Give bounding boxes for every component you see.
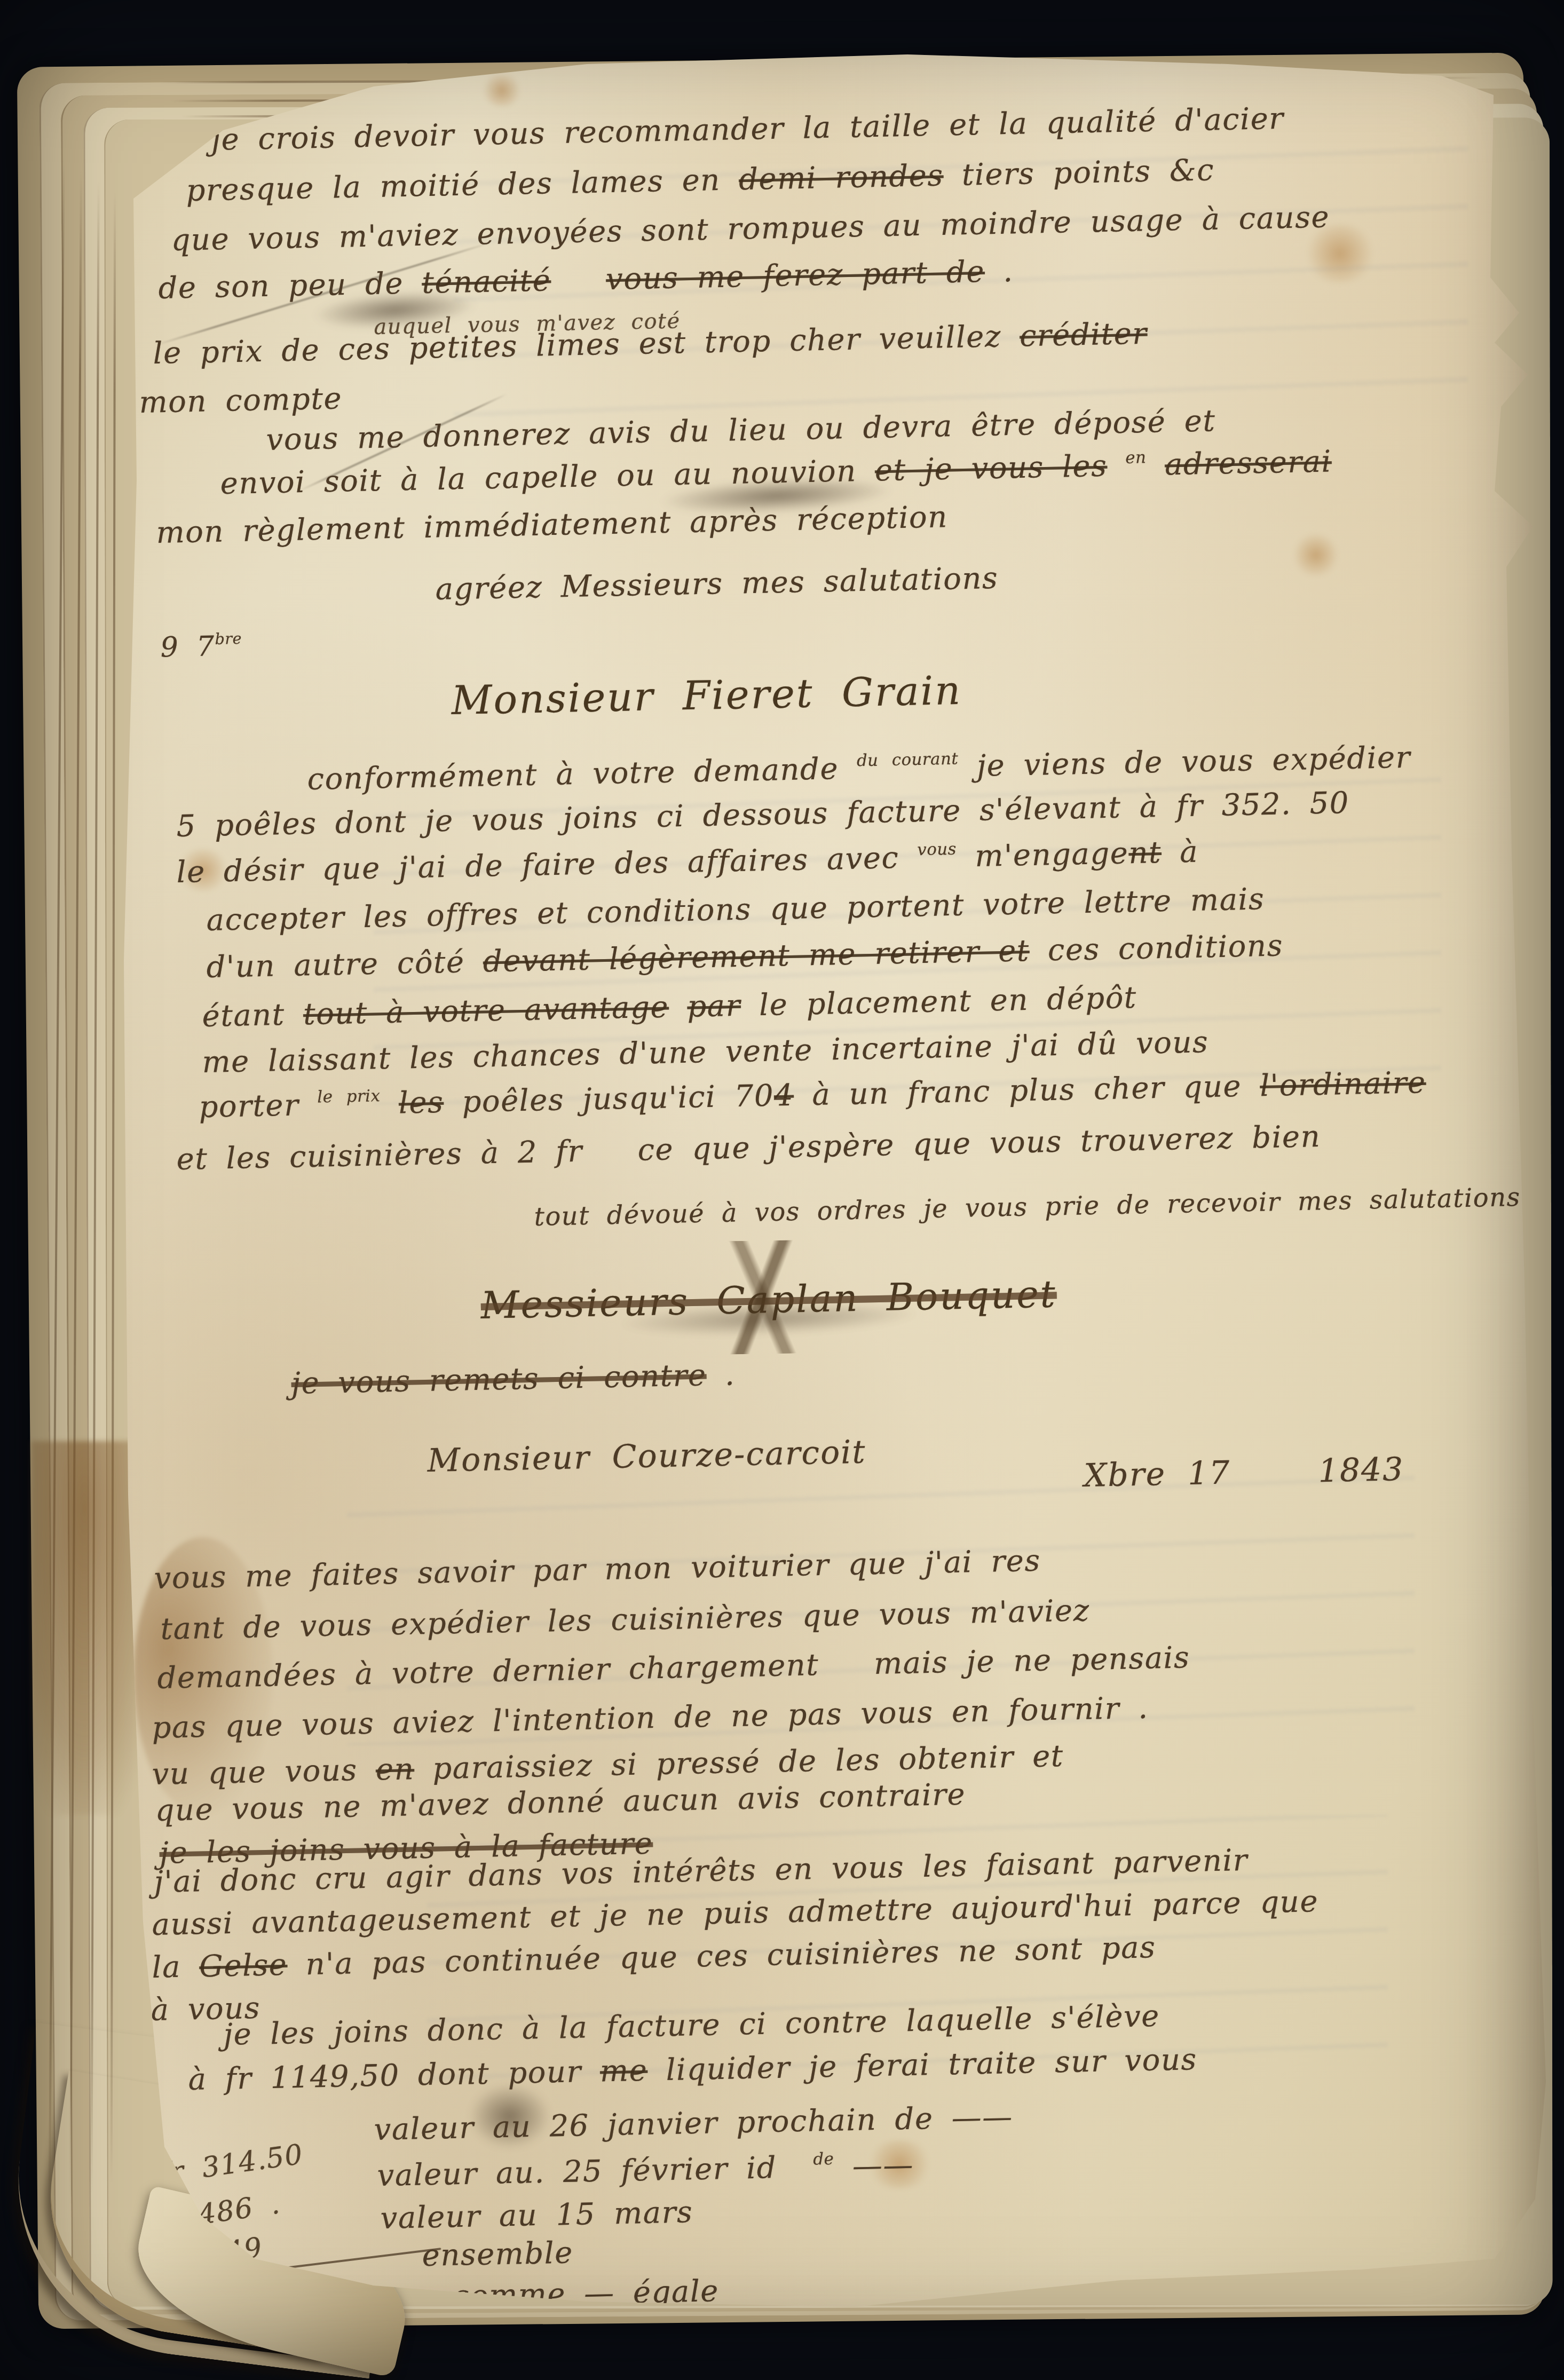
margin-date: 9 7bre — [160, 629, 242, 663]
letter-date: Xbre 17 1843 — [1084, 1451, 1404, 1495]
manuscript-line: je vous remets ci contre . — [291, 1357, 736, 1401]
manuscript-line: accepter les offres et conditions que po… — [206, 882, 1265, 938]
manuscript-line: me laissant les chances d'une vente ince… — [202, 1025, 1209, 1080]
manuscript-line: et les cuisinières à 2 fr ce que j'espèr… — [176, 1119, 1321, 1177]
scanned-manuscript-photo: je crois devoir vous recommander la tail… — [0, 0, 1564, 2380]
letter-heading: Monsieur Courze-carcoit — [427, 1434, 866, 1480]
manuscript-line: pas que vous aviez l'intention de ne pas… — [152, 1691, 1149, 1745]
struck-heading: Messieurs Caplan Bouquet — [480, 1272, 1057, 1327]
manuscript-line: demandées à votre dernier chargement mai… — [157, 1640, 1190, 1696]
manuscript-line: que vous m'aviez envoyées sont rompues a… — [171, 200, 1330, 258]
manuscript-line: de son peu de ténacité vous me ferez par… — [158, 254, 1014, 306]
manuscript-line: valeur au 26 janvier prochain de —— — [374, 2100, 1013, 2147]
manuscript-line: je les joins donc à la facture ci contre… — [223, 1999, 1160, 2052]
closing-line: tout dévoué à vos ordres je vous prie de… — [534, 1182, 1521, 1232]
manuscript-page: je crois devoir vous recommander la tail… — [0, 0, 1564, 2380]
manuscript-line: presque la moitié des lames en demi rond… — [186, 153, 1215, 208]
ink-layer: je crois devoir vous recommander la tail… — [0, 0, 1564, 2380]
manuscript-line: vous me faites savoir par mon voiturier … — [154, 1544, 1041, 1596]
manuscript-line: valeur au. 25 février id de —— — [377, 2148, 914, 2193]
manuscript-line: à fr 1149,50 dont pour me liquider je fe… — [188, 2042, 1197, 2097]
manuscript-line: je crois devoir vous recommander la tail… — [211, 101, 1284, 157]
manuscript-line: mon règlement immédiatement après récept… — [156, 500, 948, 550]
manuscript-line: valeur au 15 mars — [380, 2195, 693, 2236]
manuscript-line: d'un autre côté devant légèrement me ret… — [206, 929, 1283, 985]
manuscript-line: le désir que j'ai de faire des affaires … — [176, 835, 1199, 890]
manuscript-line: tant de vous expédier les cuisinières qu… — [160, 1593, 1090, 1647]
letter-heading: Monsieur Fieret Grain — [451, 668, 962, 724]
manuscript-line: étant tout à votre avantage par le place… — [202, 981, 1137, 1034]
manuscript-line: ensemble — [422, 2235, 573, 2273]
manuscript-line: agréez Messieurs mes salutations — [435, 561, 999, 607]
manuscript-line: mon compte — [139, 381, 343, 420]
